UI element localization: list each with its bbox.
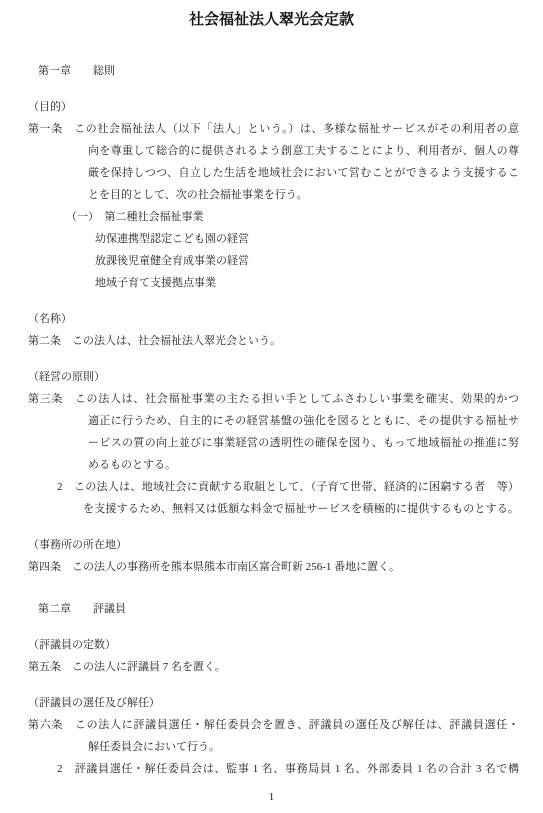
document-line-article-start: 第五条 この法人に評議員 7 名を置く。	[0, 656, 519, 678]
document-line-article-start: 第四条 この法人の事務所を熊本県熊本市南区富合町新 256-1 番地に置く。	[0, 556, 519, 578]
document-line-article-cont-fill: 厳を保持しつつ、自立した生活を地域社会において営むことができるよう支援するこ	[0, 162, 519, 184]
document-body: 第一章 総則（目的）第一条 この社会福祉法人（以下「法人」という。）は、多様な福…	[0, 60, 519, 780]
document-line-clause-start-fill: 2 評議員選任・解任委員会は、監事 1 名、事務局員 1 名、外部委員 1 名の…	[0, 758, 519, 780]
document-line-sub-item: 幼保連携型認定こども園の経営	[0, 228, 519, 250]
document-line-chapter: 第一章 総則	[0, 60, 519, 82]
document-title: 社会福祉法人翠光会定款	[0, 8, 519, 32]
document-line-article-start-fill: 第一条 この社会福祉法人（以下「法人」という。）は、多様な福祉サービスがその利用…	[0, 118, 519, 140]
document-line-article-start-fill: 第六条 この法人に評議員選任・解任委員会を置き、評議員の選任及び解任は、評議員選…	[0, 714, 519, 736]
document-line-article-cont-fill: ービスの質の向上並びに事業経営の透明性の確保を図り、もって地域福祉の推進に努	[0, 432, 519, 454]
document-line-sub-item: 放課後児童健全育成事業の経営	[0, 250, 519, 272]
document-line-clause-start-fill: 2 この法人は、地域社会に貢献する取組として、（子育て世帯、経済的に困窮する者 …	[0, 476, 519, 498]
document-line-article-cont: 解任委員会において行う。	[0, 736, 519, 758]
document-line-label: （目的）	[0, 96, 519, 118]
document-line-article-cont: めるものとする。	[0, 454, 519, 476]
page-number: 1	[0, 786, 519, 808]
document-line-article-cont-fill: 向を尊重して総合的に提供されるよう創意工夫することにより、利用者が、個人の尊	[0, 140, 519, 162]
document-line-chapter: 第二章 評議員	[0, 598, 519, 620]
document-line-article-start-fill: 第三条 この法人は、社会福祉事業の主たる担い手としてふさわしい事業を確実、効果的…	[0, 388, 519, 410]
document-line-label: （経営の原則）	[0, 366, 519, 388]
document-line-label: （評議員の定数）	[0, 634, 519, 656]
document-line-article-cont: とを目的として、次の社会福祉事業を行う。	[0, 184, 519, 206]
document-line-label: （名称）	[0, 308, 519, 330]
document-page: 社会福祉法人翠光会定款 第一章 総則（目的）第一条 この社会福祉法人（以下「法人…	[0, 0, 543, 813]
document-line-label: （評議員の選任及び解任）	[0, 692, 519, 714]
document-line-item: （一） 第二種社会福祉事業	[0, 206, 519, 228]
document-line-label: （事務所の所在地）	[0, 534, 519, 556]
document-line-sub-item: 地域子育て支援拠点事業	[0, 272, 519, 294]
document-line-clause-cont-fill: を支援するため、無料又は低額な料金で福祉サービスを積極的に提供するものとする。	[0, 498, 519, 520]
document-line-article-cont-fill: 適正に行うため、自主的にその経営基盤の強化を図るとともに、その提供する福祉サ	[0, 410, 519, 432]
document-line-article-start: 第二条 この法人は、社会福祉法人翠光会という。	[0, 330, 519, 352]
